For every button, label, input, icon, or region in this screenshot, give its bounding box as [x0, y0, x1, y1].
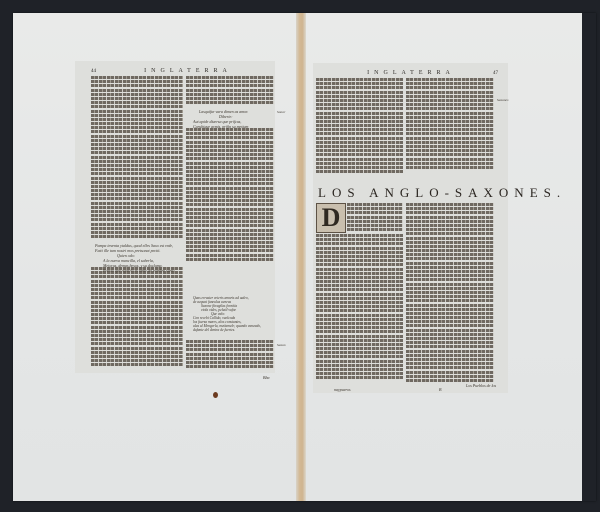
right-column-1-top — [316, 78, 403, 178]
background-right-edge — [582, 13, 596, 501]
left-running-head: INGLATERRA — [118, 68, 258, 74]
right-page: INGLATERRA 47 Saxones LOS ANGLO-SAXONES.… — [306, 13, 582, 501]
book-gutter — [296, 13, 306, 501]
book-spread: 44 INGLATERRA Pampa inventa ytaldus, quo… — [13, 13, 596, 501]
right-column-1-bottom — [316, 234, 403, 384]
right-running-head: INGLATERRA — [346, 70, 476, 76]
right-catchword-right: Los Pueblos de los — [466, 383, 496, 388]
left-column-2-lower — [186, 340, 274, 370]
foxing-stain — [213, 392, 218, 398]
left-column-1-lower — [91, 267, 183, 367]
right-signature: B — [439, 387, 441, 392]
left-page: 44 INGLATERRA Pampa inventa ytaldus, quo… — [13, 13, 296, 501]
section-title: LOS ANGLO-SAXONES. — [318, 185, 566, 201]
right-column-2-top — [406, 78, 494, 175]
left-verse-3: Quas erraster veteris amoris ad ualeo, d… — [193, 296, 261, 332]
left-column-2-top — [186, 76, 274, 108]
right-column-2-bottom — [406, 203, 494, 384]
left-folio: 44 — [91, 69, 96, 74]
left-margin-note-bottom: Saxon — [277, 343, 286, 347]
right-catchword-left: naypueros — [334, 387, 351, 392]
left-column-2-mid — [186, 128, 274, 268]
drop-cap-initial: D — [316, 203, 346, 233]
left-catchword: Bba — [263, 375, 269, 380]
right-column-1-bottom-indent — [347, 203, 403, 233]
left-column-1 — [91, 76, 183, 241]
left-verse-2: Lasquifur vara dimen as amor. Diberie: A… — [193, 109, 248, 129]
right-folio: 47 — [493, 71, 498, 76]
left-margin-note-top: Sonor — [277, 110, 285, 114]
right-margin-note: Saxones — [497, 98, 508, 102]
